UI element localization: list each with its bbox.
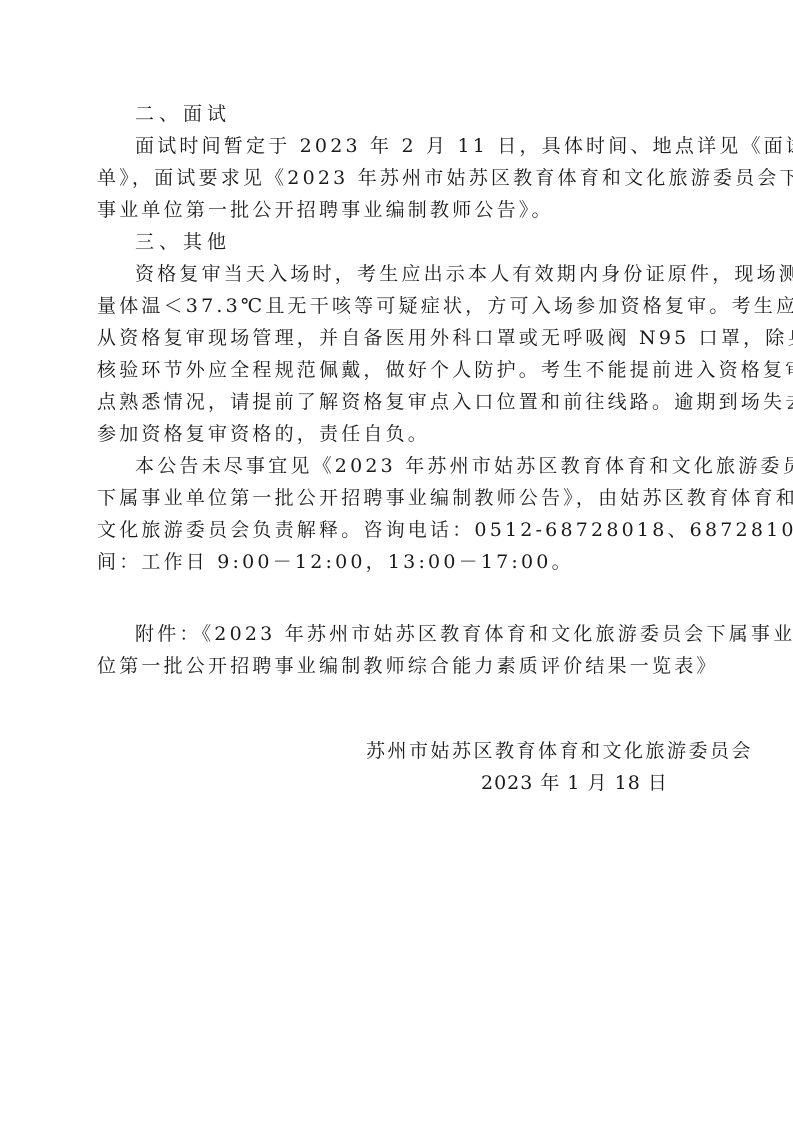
signature-block: 苏州市姑苏区教育体育和文化旅游委员会 2023 年 1 月 18 日 — [366, 735, 700, 799]
paragraph-interview: 面试时间暂定于 2023 年 2 月 11 日，具体时间、地点详见《面试通知 单… — [97, 130, 699, 226]
paragraph-line: 本公告未尽事宜见《2023 年苏州市姑苏区教育体育和文化旅游委员会 — [97, 450, 699, 482]
paragraph-line: 核验环节外应全程规范佩戴，做好个人防护。考生不能提前进入资格复审 — [97, 354, 699, 386]
document-body: 二、面试 面试时间暂定于 2023 年 2 月 11 日，具体时间、地点详见《面… — [97, 98, 699, 682]
paragraph-line: 面试时间暂定于 2023 年 2 月 11 日，具体时间、地点详见《面试通知 — [97, 130, 699, 162]
issuing-organization: 苏州市姑苏区教育体育和文化旅游委员会 — [366, 735, 700, 767]
section-heading-other: 三、其他 — [97, 226, 699, 258]
paragraph-line: 下属事业单位第一批公开招聘事业编制教师公告》，由姑苏区教育体育和 — [97, 482, 699, 514]
paragraph-line: 参加资格复审资格的，责任自负。 — [97, 418, 699, 450]
paragraph-line: 事业单位第一批公开招聘事业编制教师公告》。 — [97, 194, 699, 226]
paragraph-contact-info: 本公告未尽事宜见《2023 年苏州市姑苏区教育体育和文化旅游委员会 下属事业单位… — [97, 450, 699, 578]
paragraph-line: 间：工作日 9:00－12:00，13:00－17:00。 — [97, 546, 699, 578]
paragraph-line: 资格复审当天入场时，考生应出示本人有效期内身份证原件，现场测 — [97, 258, 699, 290]
paragraph-line: 从资格复审现场管理，并自备医用外科口罩或无呼吸阀 N95 口罩，除身份 — [97, 322, 699, 354]
paragraph-entry-requirements: 资格复审当天入场时，考生应出示本人有效期内身份证原件，现场测 量体温＜37.3℃… — [97, 258, 699, 450]
attachment-note: 附件：《2023 年苏州市姑苏区教育体育和文化旅游委员会下属事业单 位第一批公开… — [97, 618, 699, 682]
attachment-line: 附件：《2023 年苏州市姑苏区教育体育和文化旅游委员会下属事业单 — [97, 618, 699, 650]
spacer — [97, 578, 699, 618]
issue-date: 2023 年 1 月 18 日 — [366, 767, 700, 799]
paragraph-line: 点熟悉情况，请提前了解资格复审点入口位置和前往线路。逾期到场失去 — [97, 386, 699, 418]
paragraph-line: 文化旅游委员会负责解释。咨询电话：0512-68728018、68728107，… — [97, 514, 699, 546]
section-heading-interview: 二、面试 — [97, 98, 699, 130]
paragraph-line: 量体温＜37.3℃且无干咳等可疑症状，方可入场参加资格复审。考生应服 — [97, 290, 699, 322]
attachment-line: 位第一批公开招聘事业编制教师综合能力素质评价结果一览表》 — [97, 650, 699, 682]
paragraph-line: 单》，面试要求见《2023 年苏州市姑苏区教育体育和文化旅游委员会下属 — [97, 162, 699, 194]
